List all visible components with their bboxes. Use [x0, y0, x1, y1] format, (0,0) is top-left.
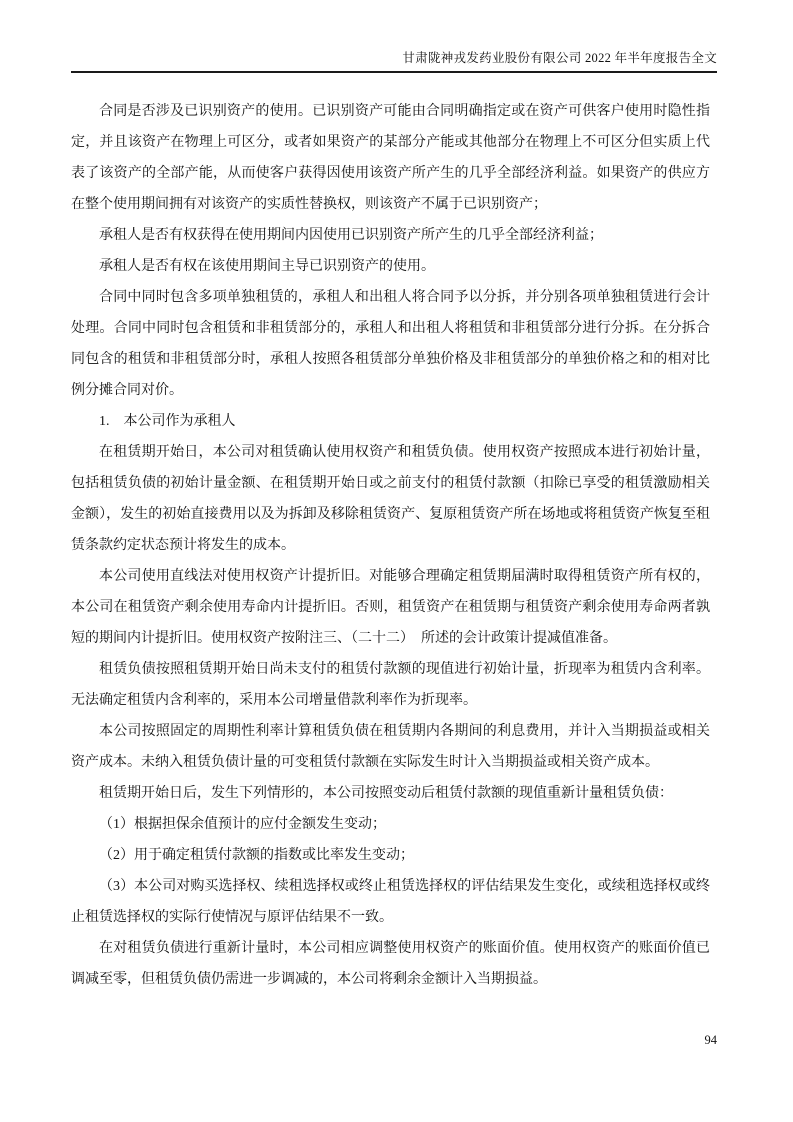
header-title: 甘肃陇神戎发药业股份有限公司 2022 年半年度报告全文 [402, 51, 717, 65]
paragraph: （3）本公司对购买选择权、续租选择权或终止租赁选择权的评估结果发生变化，或续租选… [71, 871, 710, 933]
report-page: 甘肃陇神戎发药业股份有限公司 2022 年半年度报告全文 合同是否涉及已识别资产… [0, 0, 793, 1122]
paragraph: 租赁负债按照租赁期开始日尚未支付的租赁付款额的现值进行初始计量，折现率为租赁内含… [71, 654, 710, 716]
paragraph: 承租人是否有权获得在使用期间内因使用已识别资产所产生的几乎全部经济利益； [71, 220, 710, 251]
paragraph: 在租赁期开始日，本公司对租赁确认使用权资产和租赁负债。使用权资产按照成本进行初始… [71, 437, 710, 561]
paragraph: 承租人是否有权在该使用期间主导已识别资产的使用。 [71, 251, 710, 282]
paragraph: 租赁期开始日后，发生下列情形的，本公司按照变动后租赁付款额的现值重新计量租赁负债… [71, 778, 710, 809]
paragraph: 1. 本公司作为承租人 [71, 406, 710, 437]
paragraph: （1）根据担保余值预计的应付金额发生变动； [71, 809, 710, 840]
paragraph: 在对租赁负债进行重新计量时，本公司相应调整使用权资产的账面价值。使用权资产的账面… [71, 933, 710, 995]
page-footer: 94 [705, 1032, 718, 1048]
paragraph: 合同是否涉及已识别资产的使用。已识别资产可能由合同明确指定或在资产可供客户使用时… [71, 96, 710, 220]
paragraph: 本公司使用直线法对使用权资产计提折旧。对能够合理确定租赁期届满时取得租赁资产所有… [71, 561, 710, 654]
page-header: 甘肃陇神戎发药业股份有限公司 2022 年半年度报告全文 [71, 50, 717, 73]
paragraph: 本公司按照固定的周期性利率计算租赁负债在租赁期内各期间的利息费用，并计入当期损益… [71, 716, 710, 778]
paragraph: （2）用于确定租赁付款额的指数或比率发生变动； [71, 840, 710, 871]
document-body: 合同是否涉及已识别资产的使用。已识别资产可能由合同明确指定或在资产可供客户使用时… [71, 96, 710, 995]
paragraph: 合同中同时包含多项单独租赁的，承租人和出租人将合同予以分拆，并分别各项单独租赁进… [71, 282, 710, 406]
page-number: 94 [705, 1033, 718, 1047]
